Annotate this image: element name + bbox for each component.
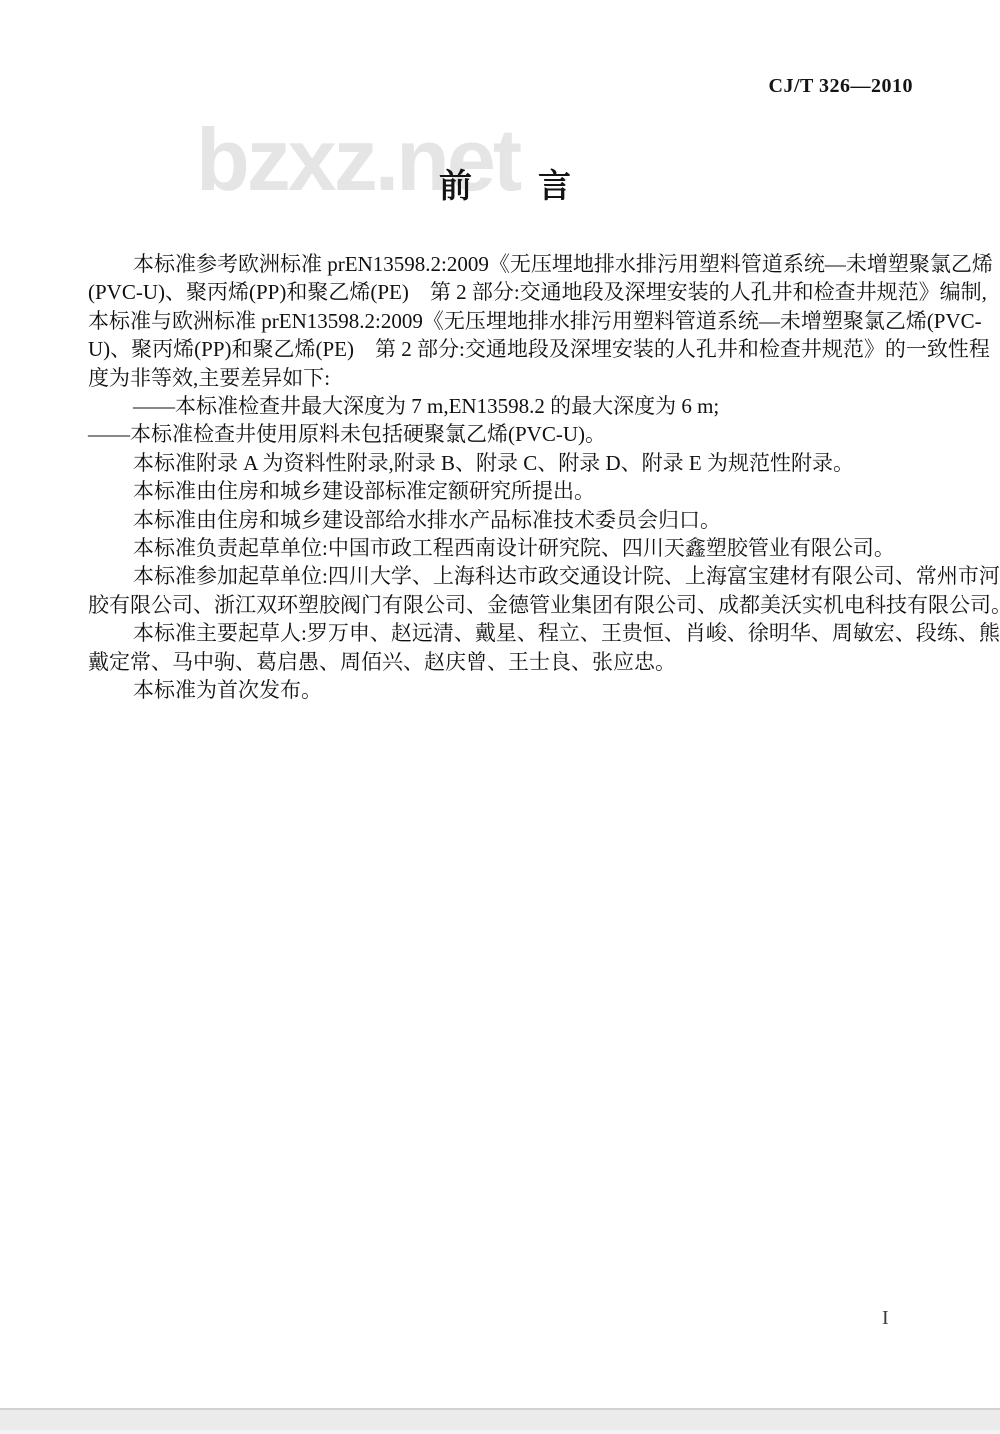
foreword-line: 本标准由住房和城乡建设部给水排水产品标准技术委员会归口。 — [88, 506, 916, 534]
foreword-body: 本标准参考欧洲标准 prEN13598.2:2009《无压埋地排水排污用塑料管道… — [88, 250, 916, 705]
foreword-line: (PVC-U)、聚丙烯(PP)和聚乙烯(PE) 第 2 部分:交通地段及深埋安装… — [88, 278, 916, 306]
foreword-title: 前 言 — [0, 160, 1000, 207]
foreword-line: 本标准参考欧洲标准 prEN13598.2:2009《无压埋地排水排污用塑料管道… — [88, 250, 916, 278]
page-bottom-edge — [0, 1408, 1000, 1434]
foreword-line: 胶有限公司、浙江双环塑胶阀门有限公司、金德管业集团有限公司、成都美沃实机电科技有… — [88, 591, 916, 619]
page-number: I — [882, 1307, 889, 1330]
foreword-line: 戴定常、马中驹、葛启愚、周佰兴、赵庆曾、王士良、张应忠。 — [88, 648, 916, 676]
foreword-line: 本标准负责起草单位:中国市政工程西南设计研究院、四川天鑫塑胶管业有限公司。 — [88, 534, 916, 562]
foreword-line: 本标准附录 A 为资料性附录,附录 B、附录 C、附录 D、附录 E 为规范性附… — [88, 449, 916, 477]
foreword-line: ——本标准检查井使用原料未包括硬聚氯乙烯(PVC-U)。 — [88, 420, 916, 448]
foreword-line: 本标准与欧洲标准 prEN13598.2:2009《无压埋地排水排污用塑料管道系… — [88, 307, 916, 335]
foreword-line: ——本标准检查井最大深度为 7 m,EN13598.2 的最大深度为 6 m; — [88, 392, 916, 420]
foreword-line: 本标准参加起草单位:四川大学、上海科达市政交通设计院、上海富宝建材有限公司、常州… — [88, 562, 916, 590]
foreword-line: 本标准由住房和城乡建设部标准定额研究所提出。 — [88, 477, 916, 505]
foreword-line: 本标准为首次发布。 — [88, 676, 916, 704]
document-page: CJ/T 326—2010 bzxz.net 前 言 本标准参考欧洲标准 prE… — [0, 0, 1000, 1434]
foreword-line: 本标准主要起草人:罗万申、赵远清、戴星、程立、王贵恒、肖峻、徐明华、周敏宏、段练… — [88, 619, 916, 647]
foreword-line: 度为非等效,主要差异如下: — [88, 364, 916, 392]
standard-code: CJ/T 326—2010 — [769, 75, 913, 98]
foreword-line: U)、聚丙烯(PP)和聚乙烯(PE) 第 2 部分:交通地段及深埋安装的人孔井和… — [88, 335, 916, 363]
